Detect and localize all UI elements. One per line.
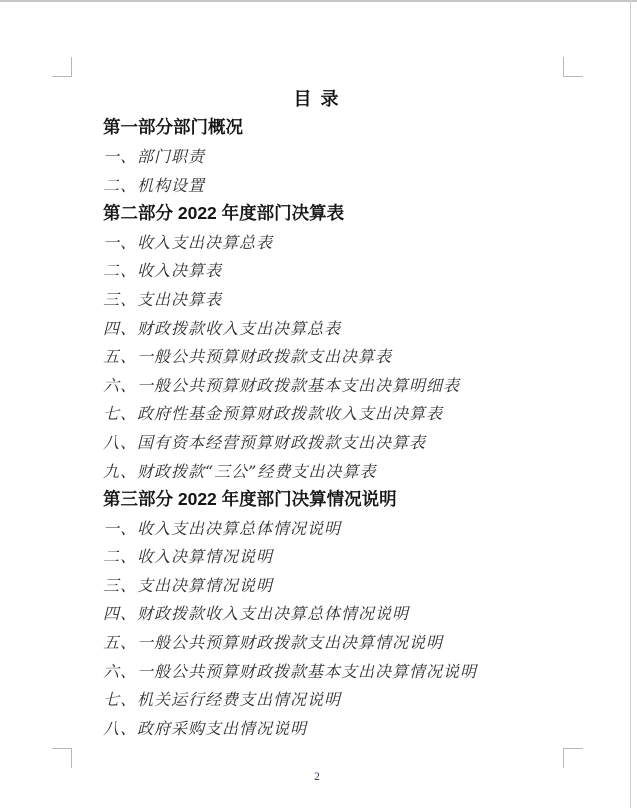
toc-section-heading-1: 第一部分部门概况 bbox=[71, 113, 563, 142]
toc-entry: 五、一般公共预算财政拨款支出决算表 bbox=[71, 341, 563, 370]
margin-mark-bottom-left bbox=[52, 748, 72, 768]
margin-mark-top-left bbox=[52, 57, 72, 77]
toc-title: 目 录 bbox=[71, 84, 563, 113]
toc-entry: 三、支出决算情况说明 bbox=[71, 570, 563, 599]
toc-entry: 四、财政拨款收入支出决算总体情况说明 bbox=[71, 599, 563, 628]
toc-entry: 七、政府性基金预算财政拨款收入支出决算表 bbox=[71, 399, 563, 428]
toc-entry: 二、收入决算表 bbox=[71, 256, 563, 285]
toc-entry: 三、支出决算表 bbox=[71, 284, 563, 313]
toc-content: 目 录 第一部分部门概况 一、部门职责 二、机构设置 第二部分 2022 年度部… bbox=[71, 84, 563, 742]
toc-entry: 八、国有资本经营预算财政拨款支出决算表 bbox=[71, 427, 563, 456]
margin-mark-bottom-right bbox=[563, 748, 583, 768]
toc-entry: 七、机关运行经费支出情况说明 bbox=[71, 684, 563, 713]
toc-entry: 一、部门职责 bbox=[71, 141, 563, 170]
page-number: 2 bbox=[71, 771, 563, 783]
toc-entry: 二、收入决算情况说明 bbox=[71, 542, 563, 571]
toc-entry: 一、收入支出决算总表 bbox=[71, 227, 563, 256]
toc-entry: 九、财政拨款“三公”经费支出决算表 bbox=[71, 456, 563, 485]
toc-entry: 二、机构设置 bbox=[71, 170, 563, 199]
toc-section-heading-3: 第三部分 2022 年度部门决算情况说明 bbox=[71, 484, 563, 513]
page-top-edge bbox=[0, 0, 637, 2]
toc-entry: 四、财政拨款收入支出决算总表 bbox=[71, 313, 563, 342]
toc-entry: 八、政府采购支出情况说明 bbox=[71, 713, 563, 742]
margin-mark-top-right bbox=[563, 57, 583, 77]
toc-entry: 一、收入支出决算总体情况说明 bbox=[71, 513, 563, 542]
page-right-edge bbox=[630, 0, 631, 808]
toc-entry: 六、一般公共预算财政拨款基本支出决算明细表 bbox=[71, 370, 563, 399]
document-page: { "page": { "title": "目 录", "page_number… bbox=[0, 0, 637, 808]
toc-section-heading-2: 第二部分 2022 年度部门决算表 bbox=[71, 198, 563, 227]
toc-entry: 五、一般公共预算财政拨款支出决算情况说明 bbox=[71, 627, 563, 656]
toc-entry: 六、一般公共预算财政拨款基本支出决算情况说明 bbox=[71, 656, 563, 685]
